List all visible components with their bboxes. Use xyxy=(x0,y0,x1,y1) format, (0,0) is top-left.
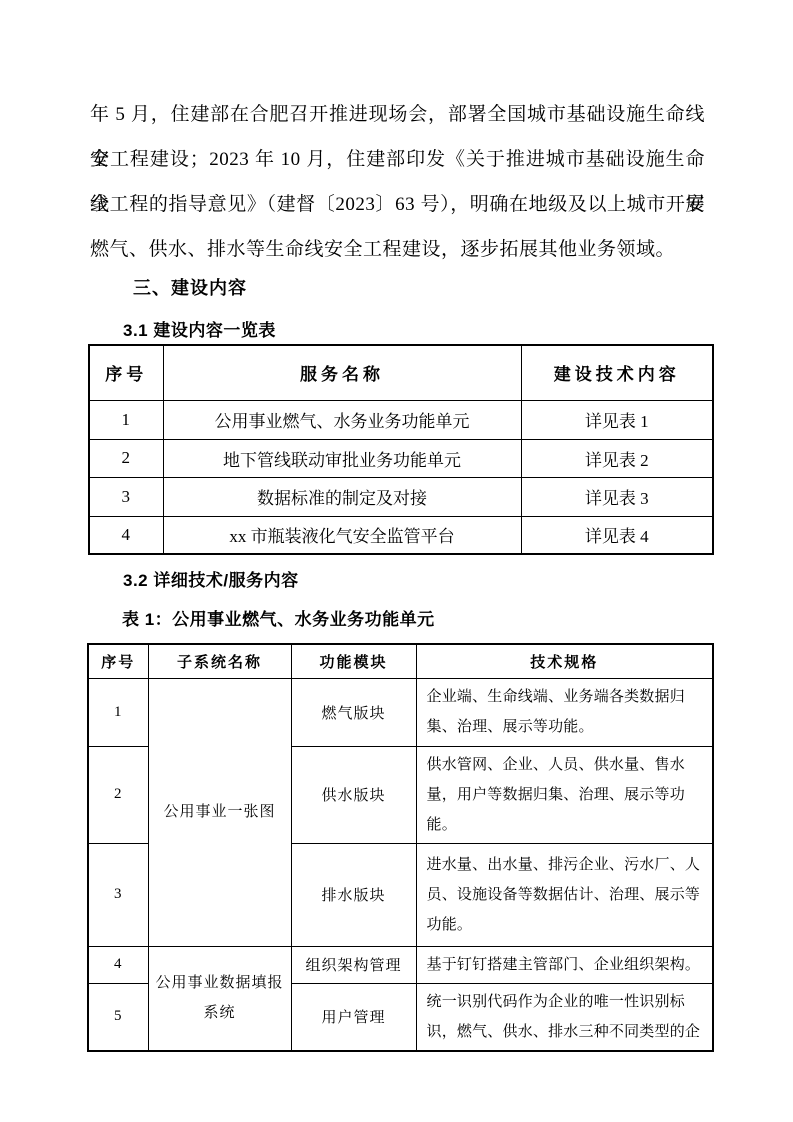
detail-cell-seq: 4 xyxy=(88,946,148,983)
detail-cell-subsystem-merged: 公用事业数据填报系统 xyxy=(148,946,291,1051)
document-page: 年 5 月，住建部在合肥召开推进现场会，部署全国城市基础设施生命线安 全工程建设… xyxy=(0,0,793,1122)
detail-header-module: 功能模块 xyxy=(291,644,416,678)
overview-cell-service: 公用事业燃气、水务业务功能单元 xyxy=(163,400,521,439)
subsection-heading-3-1: 3.1 建设内容一览表 xyxy=(123,316,276,341)
detail-table-row: 1 公用事业一张图 燃气版块 企业端、生命线端、业务端各类数据归集、治理、展示等… xyxy=(88,678,713,746)
detail-cell-spec: 基于钉钉搭建主管部门、企业组织架构。 xyxy=(416,946,713,983)
overview-cell-service: xx 市瓶装液化气安全监管平台 xyxy=(163,516,521,554)
body-paragraph: 年 5 月，住建部在合肥召开推进现场会，部署全国城市基础设施生命线安 全工程建设… xyxy=(90,92,705,272)
detail-cell-seq: 5 xyxy=(88,983,148,1051)
detail-cell-subsystem-merged: 公用事业一张图 xyxy=(148,678,291,946)
paragraph-line: 年 5 月，住建部在合肥召开推进现场会，部署全国城市基础设施生命线安 xyxy=(90,92,705,137)
overview-table-row: 2 地下管线联动审批业务功能单元 详见表 2 xyxy=(89,439,713,477)
detail-table-row: 4 公用事业数据填报系统 组织架构管理 基于钉钉搭建主管部门、企业组织架构。 xyxy=(88,946,713,983)
overview-header-row: 序号 服务名称 建设技术内容 xyxy=(89,345,713,400)
overview-header-seq: 序号 xyxy=(89,345,163,400)
subsection-heading-3-2: 3.2 详细技术/服务内容 xyxy=(123,566,299,591)
overview-header-service: 服务名称 xyxy=(163,345,521,400)
overview-cell-seq: 2 xyxy=(89,439,163,477)
detail-cell-module: 排水版块 xyxy=(291,843,416,946)
detail-cell-seq: 2 xyxy=(88,746,148,843)
overview-cell-content: 详见表 2 xyxy=(521,439,713,477)
overview-header-content: 建设技术内容 xyxy=(521,345,713,400)
detail-header-spec: 技术规格 xyxy=(416,644,713,678)
overview-table-row: 1 公用事业燃气、水务业务功能单元 详见表 1 xyxy=(89,400,713,439)
paragraph-line: 全工程的指导意见》（建督〔2023〕63 号），明确在地级及以上城市开展 xyxy=(90,182,705,227)
paragraph-line: 全工程建设；2023 年 10 月，住建部印发《关于推进城市基础设施生命线安 xyxy=(90,137,705,182)
detail-cell-spec: 供水管网、企业、人员、供水量、售水量，用户等数据归集、治理、展示等功能。 xyxy=(416,746,713,843)
detail-header-subsystem: 子系统名称 xyxy=(148,644,291,678)
overview-cell-content: 详见表 4 xyxy=(521,516,713,554)
overview-cell-seq: 4 xyxy=(89,516,163,554)
detail-cell-module: 供水版块 xyxy=(291,746,416,843)
detail-table: 序号 子系统名称 功能模块 技术规格 1 公用事业一张图 燃气版块 企业端、生命… xyxy=(87,643,714,1052)
detail-cell-module: 燃气版块 xyxy=(291,678,416,746)
detail-header-row: 序号 子系统名称 功能模块 技术规格 xyxy=(88,644,713,678)
section-heading: 三、建设内容 xyxy=(133,274,247,300)
paragraph-line: 燃气、供水、排水等生命线安全工程建设，逐步拓展其他业务领域。 xyxy=(90,227,705,272)
overview-cell-service: 数据标准的制定及对接 xyxy=(163,477,521,516)
detail-cell-spec: 企业端、生命线端、业务端各类数据归集、治理、展示等功能。 xyxy=(416,678,713,746)
detail-header-seq: 序号 xyxy=(88,644,148,678)
overview-table: 序号 服务名称 建设技术内容 1 公用事业燃气、水务业务功能单元 详见表 1 2… xyxy=(88,344,714,555)
detail-cell-module: 用户管理 xyxy=(291,983,416,1051)
overview-table-row: 4 xx 市瓶装液化气安全监管平台 详见表 4 xyxy=(89,516,713,554)
overview-cell-service: 地下管线联动审批业务功能单元 xyxy=(163,439,521,477)
overview-cell-seq: 1 xyxy=(89,400,163,439)
detail-cell-module: 组织架构管理 xyxy=(291,946,416,983)
detail-cell-seq: 1 xyxy=(88,678,148,746)
overview-cell-seq: 3 xyxy=(89,477,163,516)
overview-cell-content: 详见表 3 xyxy=(521,477,713,516)
overview-table-row: 3 数据标准的制定及对接 详见表 3 xyxy=(89,477,713,516)
detail-cell-spec: 统一识别代码作为企业的唯一性识别标识，燃气、供水、排水三种不同类型的企 xyxy=(416,983,713,1051)
detail-cell-seq: 3 xyxy=(88,843,148,946)
detail-cell-spec: 进水量、出水量、排污企业、污水厂、人员、设施设备等数据估计、治理、展示等功能。 xyxy=(416,843,713,946)
overview-cell-content: 详见表 1 xyxy=(521,400,713,439)
detail-table-caption: 表 1：公用事业燃气、水务业务功能单元 xyxy=(122,605,435,630)
